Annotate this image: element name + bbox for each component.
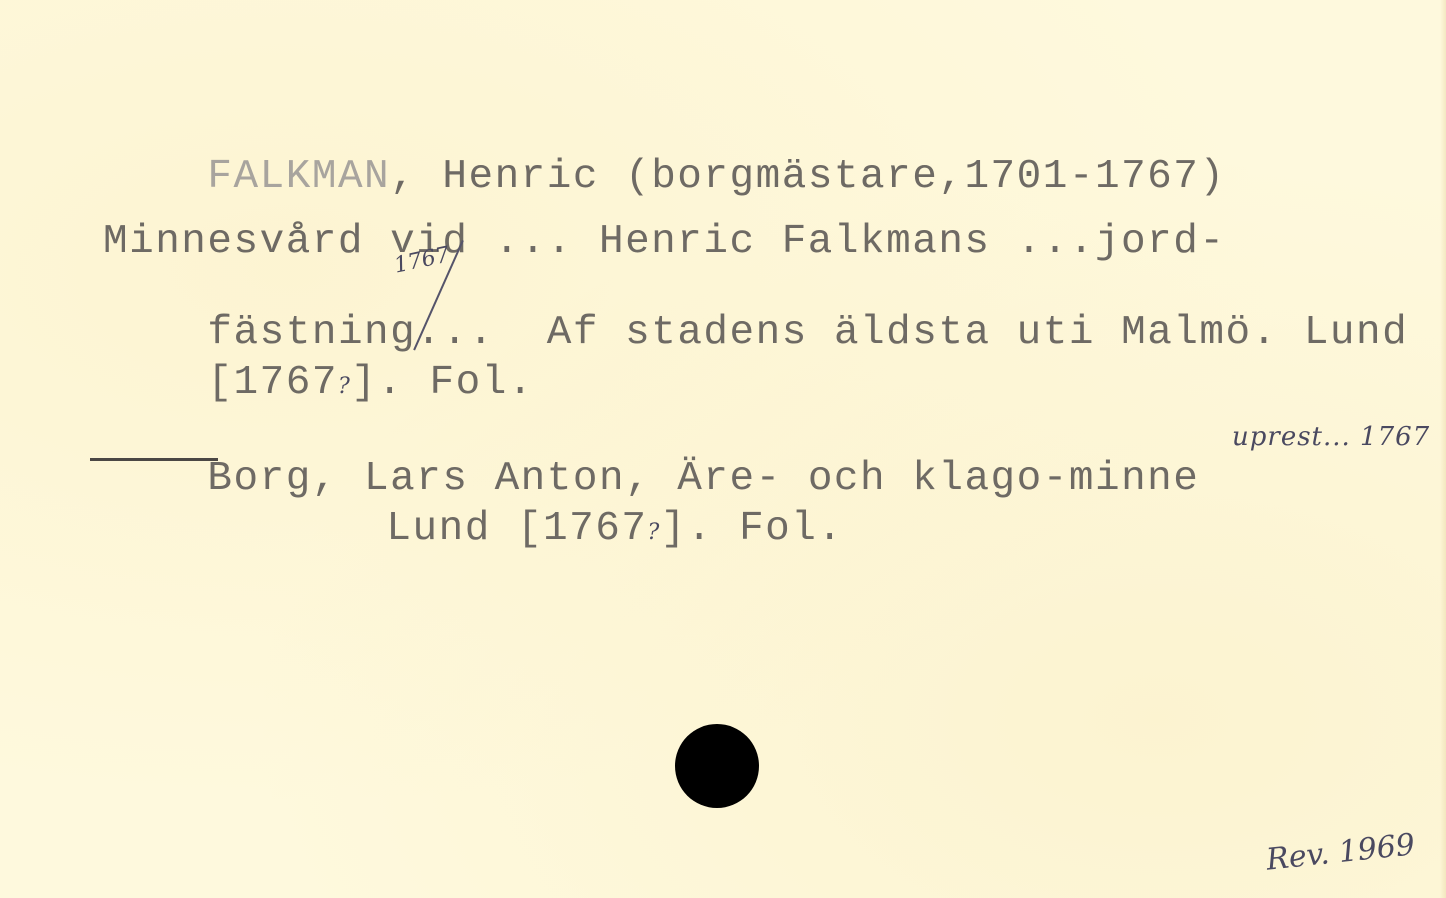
revision-note: Rev. 1969: [1265, 830, 1416, 875]
author-surname: FALKMAN: [207, 154, 390, 200]
author-details: , Henric (borgmästare,1701-1767): [390, 154, 1225, 200]
punch-hole: [675, 724, 759, 808]
entry1-format: ]. Fol.: [351, 360, 534, 406]
catalog-card: FALKMAN, Henric (borgmästare,1701-1767) …: [0, 0, 1446, 898]
author-underline: [90, 458, 218, 461]
entry2-date-query: ?: [647, 520, 660, 545]
entry1-date-query: ?: [338, 374, 351, 399]
entry1-line2-end: Af stadens äldsta uti Malmö. Lund: [547, 310, 1408, 356]
entry2-line2: Lund [1767?]. Fol.: [282, 468, 844, 591]
entry2-date: Lund [1767: [386, 506, 647, 552]
entry2-format: ]. Fol.: [661, 506, 844, 552]
entry1-line1: Minnesvård vid ... Henric Falkmans ...jo…: [103, 222, 1225, 263]
entry1-date: [1767: [207, 360, 338, 406]
handwritten-addition: uprest... 1767: [1232, 424, 1430, 450]
